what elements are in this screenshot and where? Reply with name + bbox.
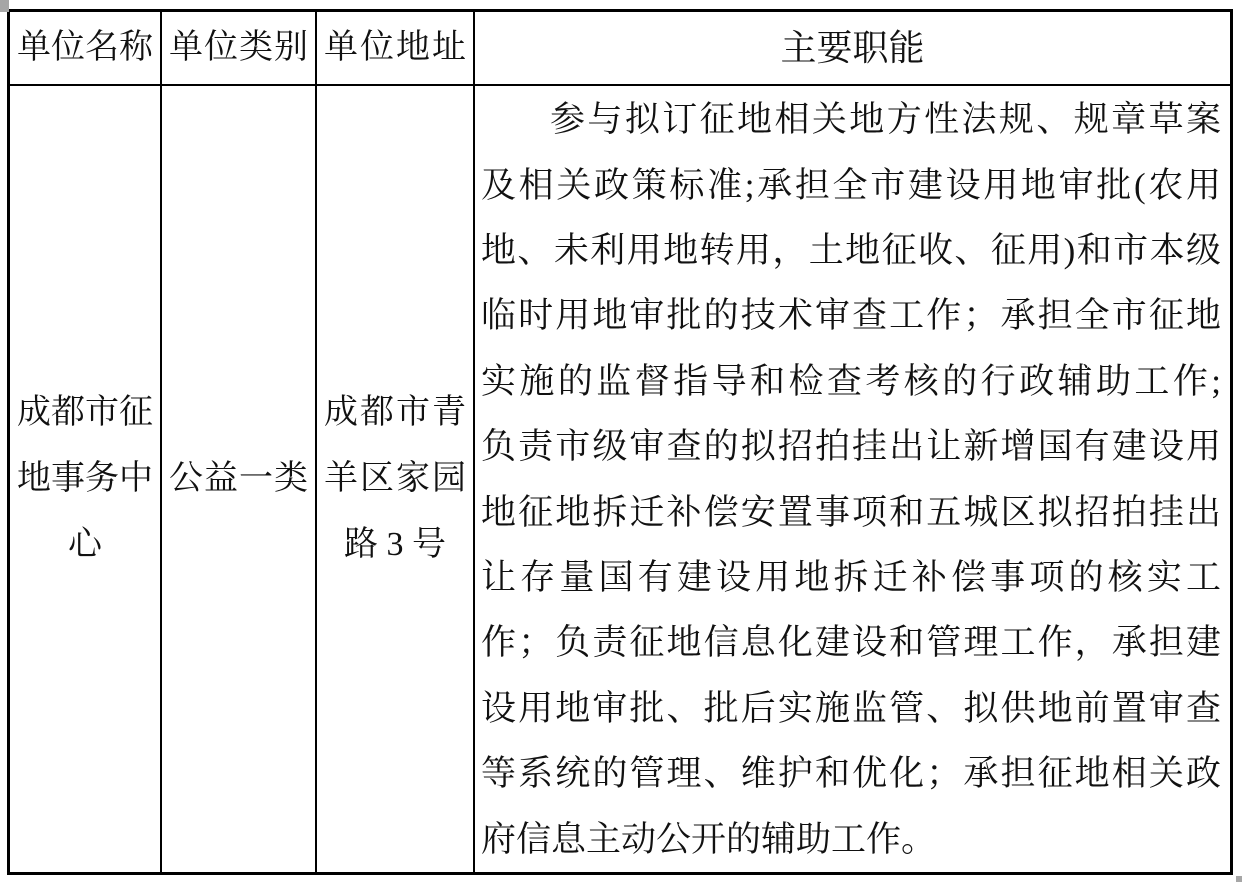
header-cell-unit-address[interactable]: 单位地址 — [317, 12, 475, 84]
cell-unit-category[interactable]: 公益一类 — [162, 86, 317, 872]
text-line: 地事务中 — [10, 446, 160, 512]
header-label-unit-address: 单位地址 — [317, 12, 473, 84]
text-line: 府信息主动公开的辅助工作。 — [481, 807, 1221, 872]
text-line: 临时用地审批的技术审查工作；承担全市征地 — [481, 283, 1221, 348]
text-line: 负责市级审查的拟招拍挂出让新增国有建设用 — [481, 414, 1221, 479]
text-line: 路 3 号 — [317, 512, 473, 578]
text-line: 成都市青 — [317, 380, 473, 446]
text-line: 地征地拆迁补偿安置事项和五城区拟招拍挂出 — [481, 480, 1221, 545]
header-cell-unit-name[interactable]: 单位名称 — [10, 12, 162, 84]
header-label-main-functions: 主要职能 — [475, 12, 1230, 84]
header-cell-main-functions[interactable]: 主要职能 — [475, 12, 1230, 84]
text-line: 设用地审批、批后实施监管、拟供地前置审查 — [481, 676, 1221, 741]
header-label-unit-name: 单位名称 — [10, 12, 160, 84]
data-row: 成都市征地事务中心 公益一类 成都市青羊区家园路 3 号 参与拟订征地相关地方性… — [10, 86, 1230, 872]
document-page: 单位名称 单位类别 单位地址 主要职能 成都市征地事务中心 公益一类 成都市青羊… — [0, 0, 1242, 882]
cell-unit-address[interactable]: 成都市青羊区家园路 3 号 — [317, 86, 475, 872]
text-line: 作；负责征地信息化建设和管理工作，承担建 — [481, 610, 1221, 675]
text-line: 参与拟订征地相关地方性法规、规章草案 — [481, 87, 1221, 152]
text-line: 公益一类 — [162, 446, 315, 512]
text-line: 及相关政策标准;承担全市建设用地审批(农用 — [481, 153, 1221, 218]
text-line: 实施的监督指导和检查考核的行政辅助工作; — [481, 349, 1221, 414]
header-cell-unit-category[interactable]: 单位类别 — [162, 12, 317, 84]
text-line: 等系统的管理、维护和优化；承担征地相关政 — [481, 741, 1221, 806]
text-line: 地、未利用地转用，土地征收、征用)和市本级 — [481, 218, 1221, 283]
text-line: 让存量国有建设用地拆迁补偿事项的核实工 — [481, 545, 1221, 610]
text-line: 心 — [10, 512, 160, 578]
text-line: 成都市征 — [10, 380, 160, 446]
text-line: 羊区家园 — [317, 446, 473, 512]
table-move-handle-icon[interactable] — [0, 0, 9, 12]
unit-info-table: 单位名称 单位类别 单位地址 主要职能 成都市征地事务中心 公益一类 成都市青羊… — [7, 9, 1233, 875]
cell-main-functions[interactable]: 参与拟订征地相关地方性法规、规章草案及相关政策标准;承担全市建设用地审批(农用地… — [475, 86, 1230, 872]
table-resize-handle-icon[interactable] — [1236, 876, 1242, 882]
cell-unit-name[interactable]: 成都市征地事务中心 — [10, 86, 162, 872]
header-label-unit-category: 单位类别 — [162, 12, 315, 84]
header-row: 单位名称 单位类别 单位地址 主要职能 — [10, 12, 1230, 86]
